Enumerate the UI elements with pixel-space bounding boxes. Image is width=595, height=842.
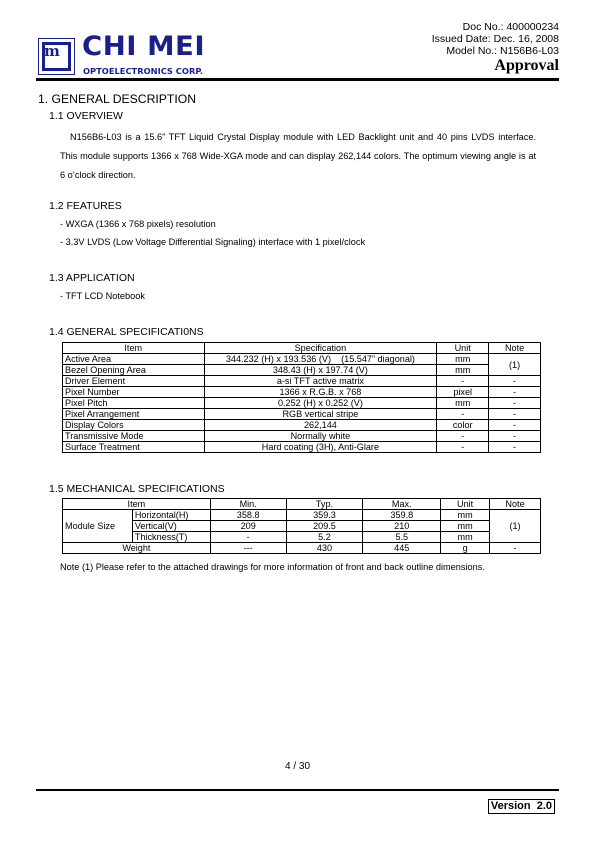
cell-max: 445 [363, 543, 441, 554]
cell-unit: - [437, 376, 489, 387]
section-title: 1. GENERAL DESCRIPTION [38, 92, 196, 106]
model-number-label: Model No.: [446, 45, 497, 57]
cell-note: - [489, 398, 541, 409]
cell-spec: Normally white [204, 431, 437, 442]
cell-unit: mm [441, 521, 490, 532]
version-label: Version 2.0 [488, 799, 555, 814]
cell-unit: mm [437, 354, 489, 365]
cell-unit: mm [441, 532, 490, 543]
column-header: Specification [204, 343, 437, 354]
page-number: 4 / 30 [0, 761, 595, 772]
doc-number-line: Doc No.: 400000234 [432, 21, 559, 33]
cell-min: --- [210, 543, 286, 554]
document-info: Doc No.: 400000234 Issued Date: Dec. 16,… [432, 21, 559, 57]
overview-title: 1.1 OVERVIEW [49, 110, 123, 122]
feature-item: - WXGA (1366 x 768 pixels) resolution [60, 219, 216, 229]
table-row: Driver Element a-si TFT active matrix - … [63, 376, 541, 387]
cell-spec: 262,144 [204, 420, 437, 431]
column-header: Max. [363, 499, 441, 510]
table-row: Weight --- 430 445 g - [63, 543, 541, 554]
cell-item: Horizontal(H) [132, 510, 210, 521]
cell-note: - [489, 409, 541, 420]
cell-unit: - [437, 431, 489, 442]
mechanical-footnote: Note (1) Please refer to the attached dr… [60, 562, 485, 572]
cell-typ: 359.3 [286, 510, 363, 521]
cell-max: 359.8 [363, 510, 441, 521]
doc-number: 400000234 [506, 21, 559, 33]
cell-note: - [489, 442, 541, 453]
general-specs-title: 1.4 GENERAL SPECIFICATI0NS [49, 326, 204, 338]
cell-min: 209 [210, 521, 286, 532]
table-row: Pixel Pitch 0.252 (H) x 0.252 (V) mm - [63, 398, 541, 409]
features-title: 1.2 FEATURES [49, 200, 122, 212]
logo-glyph: m [44, 44, 60, 59]
cell-unit: mm [437, 365, 489, 376]
cell-group-label: Module Size [63, 510, 133, 543]
cell-spec: RGB vertical stripe [204, 409, 437, 420]
cell-item: Surface Treatment [63, 442, 205, 453]
cell-note: - [489, 431, 541, 442]
table-row: Module Size Horizontal(H) 358.8 359.3 35… [63, 510, 541, 521]
cell-item: Driver Element [63, 376, 205, 387]
overview-text: N156B6-L03 is a 15.6” TFT Liquid Crystal… [60, 128, 536, 185]
cell-unit: - [437, 409, 489, 420]
cell-note: - [489, 387, 541, 398]
mechanical-specs-table: Item Min. Typ. Max. Unit Note Module Siz… [62, 498, 541, 554]
table-row: Active Area 344.232 (H) x 193.536 (V) (1… [63, 354, 541, 365]
mechanical-specs-title: 1.5 MECHANICAL SPECIFICATIONS [49, 483, 225, 495]
header-divider [36, 78, 559, 81]
column-header: Item [63, 343, 205, 354]
table-row: Pixel Number 1366 x R.G.B. x 768 pixel - [63, 387, 541, 398]
cell-item: Vertical(V) [132, 521, 210, 532]
cell-typ: 430 [286, 543, 363, 554]
cell-unit: mm [441, 510, 490, 521]
table-header-row: Item Min. Typ. Max. Unit Note [63, 499, 541, 510]
application-item: - TFT LCD Notebook [60, 291, 145, 301]
application-title: 1.3 APPLICATION [49, 272, 135, 284]
table-row: Display Colors 262,144 color - [63, 420, 541, 431]
cell-note: (1) [490, 510, 541, 543]
cell-unit: - [437, 442, 489, 453]
feature-item: - 3.3V LVDS (Low Voltage Differential Si… [60, 237, 365, 247]
cell-spec: a-si TFT active matrix [204, 376, 437, 387]
table-row: Pixel Arrangement RGB vertical stripe - … [63, 409, 541, 420]
cell-spec: 344.232 (H) x 193.536 (V) (15.547” diago… [204, 354, 437, 365]
cell-note: - [490, 543, 541, 554]
table-header-row: Item Specification Unit Note [63, 343, 541, 354]
cell-item: Pixel Pitch [63, 398, 205, 409]
cell-unit: mm [437, 398, 489, 409]
cell-typ: 5.2 [286, 532, 363, 543]
cell-spec: Hard coating (3H), Anti-Glare [204, 442, 437, 453]
table-row: Surface Treatment Hard coating (3H), Ant… [63, 442, 541, 453]
table-row: Thickness(T) - 5.2 5.5 mm [63, 532, 541, 543]
column-header: Note [490, 499, 541, 510]
cell-item: Bezel Opening Area [63, 365, 205, 376]
model-number: N156B6-L03 [500, 45, 559, 57]
issued-date: Dec. 16, 2008 [494, 33, 559, 45]
issued-date-label: Issued Date: [432, 33, 491, 45]
cell-note: - [489, 420, 541, 431]
approval-status: Approval [494, 57, 559, 75]
cell-item: Pixel Arrangement [63, 409, 205, 420]
column-header: Unit [437, 343, 489, 354]
column-header: Typ. [286, 499, 363, 510]
table-row: Transmissive Mode Normally white - - [63, 431, 541, 442]
cell-unit: color [437, 420, 489, 431]
doc-number-label: Doc No.: [463, 21, 504, 33]
column-header: Note [489, 343, 541, 354]
cell-item: Pixel Number [63, 387, 205, 398]
cell-spec: 1366 x R.G.B. x 768 [204, 387, 437, 398]
column-header: Item [63, 499, 211, 510]
cell-note: - [489, 376, 541, 387]
cell-note: (1) [489, 354, 541, 376]
brand-subtitle: OPTOELECTRONICS CORP. [83, 66, 203, 76]
table-row: Bezel Opening Area 348.43 (H) x 197.74 (… [63, 365, 541, 376]
column-header: Unit [441, 499, 490, 510]
cell-item: Thickness(T) [132, 532, 210, 543]
cell-min: 358.8 [210, 510, 286, 521]
model-number-line: Model No.: N156B6-L03 [432, 45, 559, 57]
footer-divider [36, 789, 559, 791]
cell-min: - [210, 532, 286, 543]
general-specs-table: Item Specification Unit Note Active Area… [62, 342, 541, 453]
cell-unit: pixel [437, 387, 489, 398]
cell-typ: 209.5 [286, 521, 363, 532]
issued-date-line: Issued Date: Dec. 16, 2008 [432, 33, 559, 45]
cell-spec: 0.252 (H) x 0.252 (V) [204, 398, 437, 409]
table-row: Vertical(V) 209 209.5 210 mm [63, 521, 541, 532]
cell-item: Weight [63, 543, 211, 554]
cell-item: Display Colors [63, 420, 205, 431]
cell-item: Active Area [63, 354, 205, 365]
brand-name: CHI MEI [82, 31, 205, 63]
company-logo-icon: m [38, 38, 75, 75]
cell-max: 5.5 [363, 532, 441, 543]
column-header: Min. [210, 499, 286, 510]
cell-unit: g [441, 543, 490, 554]
cell-item: Transmissive Mode [63, 431, 205, 442]
cell-max: 210 [363, 521, 441, 532]
cell-spec: 348.43 (H) x 197.74 (V) [204, 365, 437, 376]
